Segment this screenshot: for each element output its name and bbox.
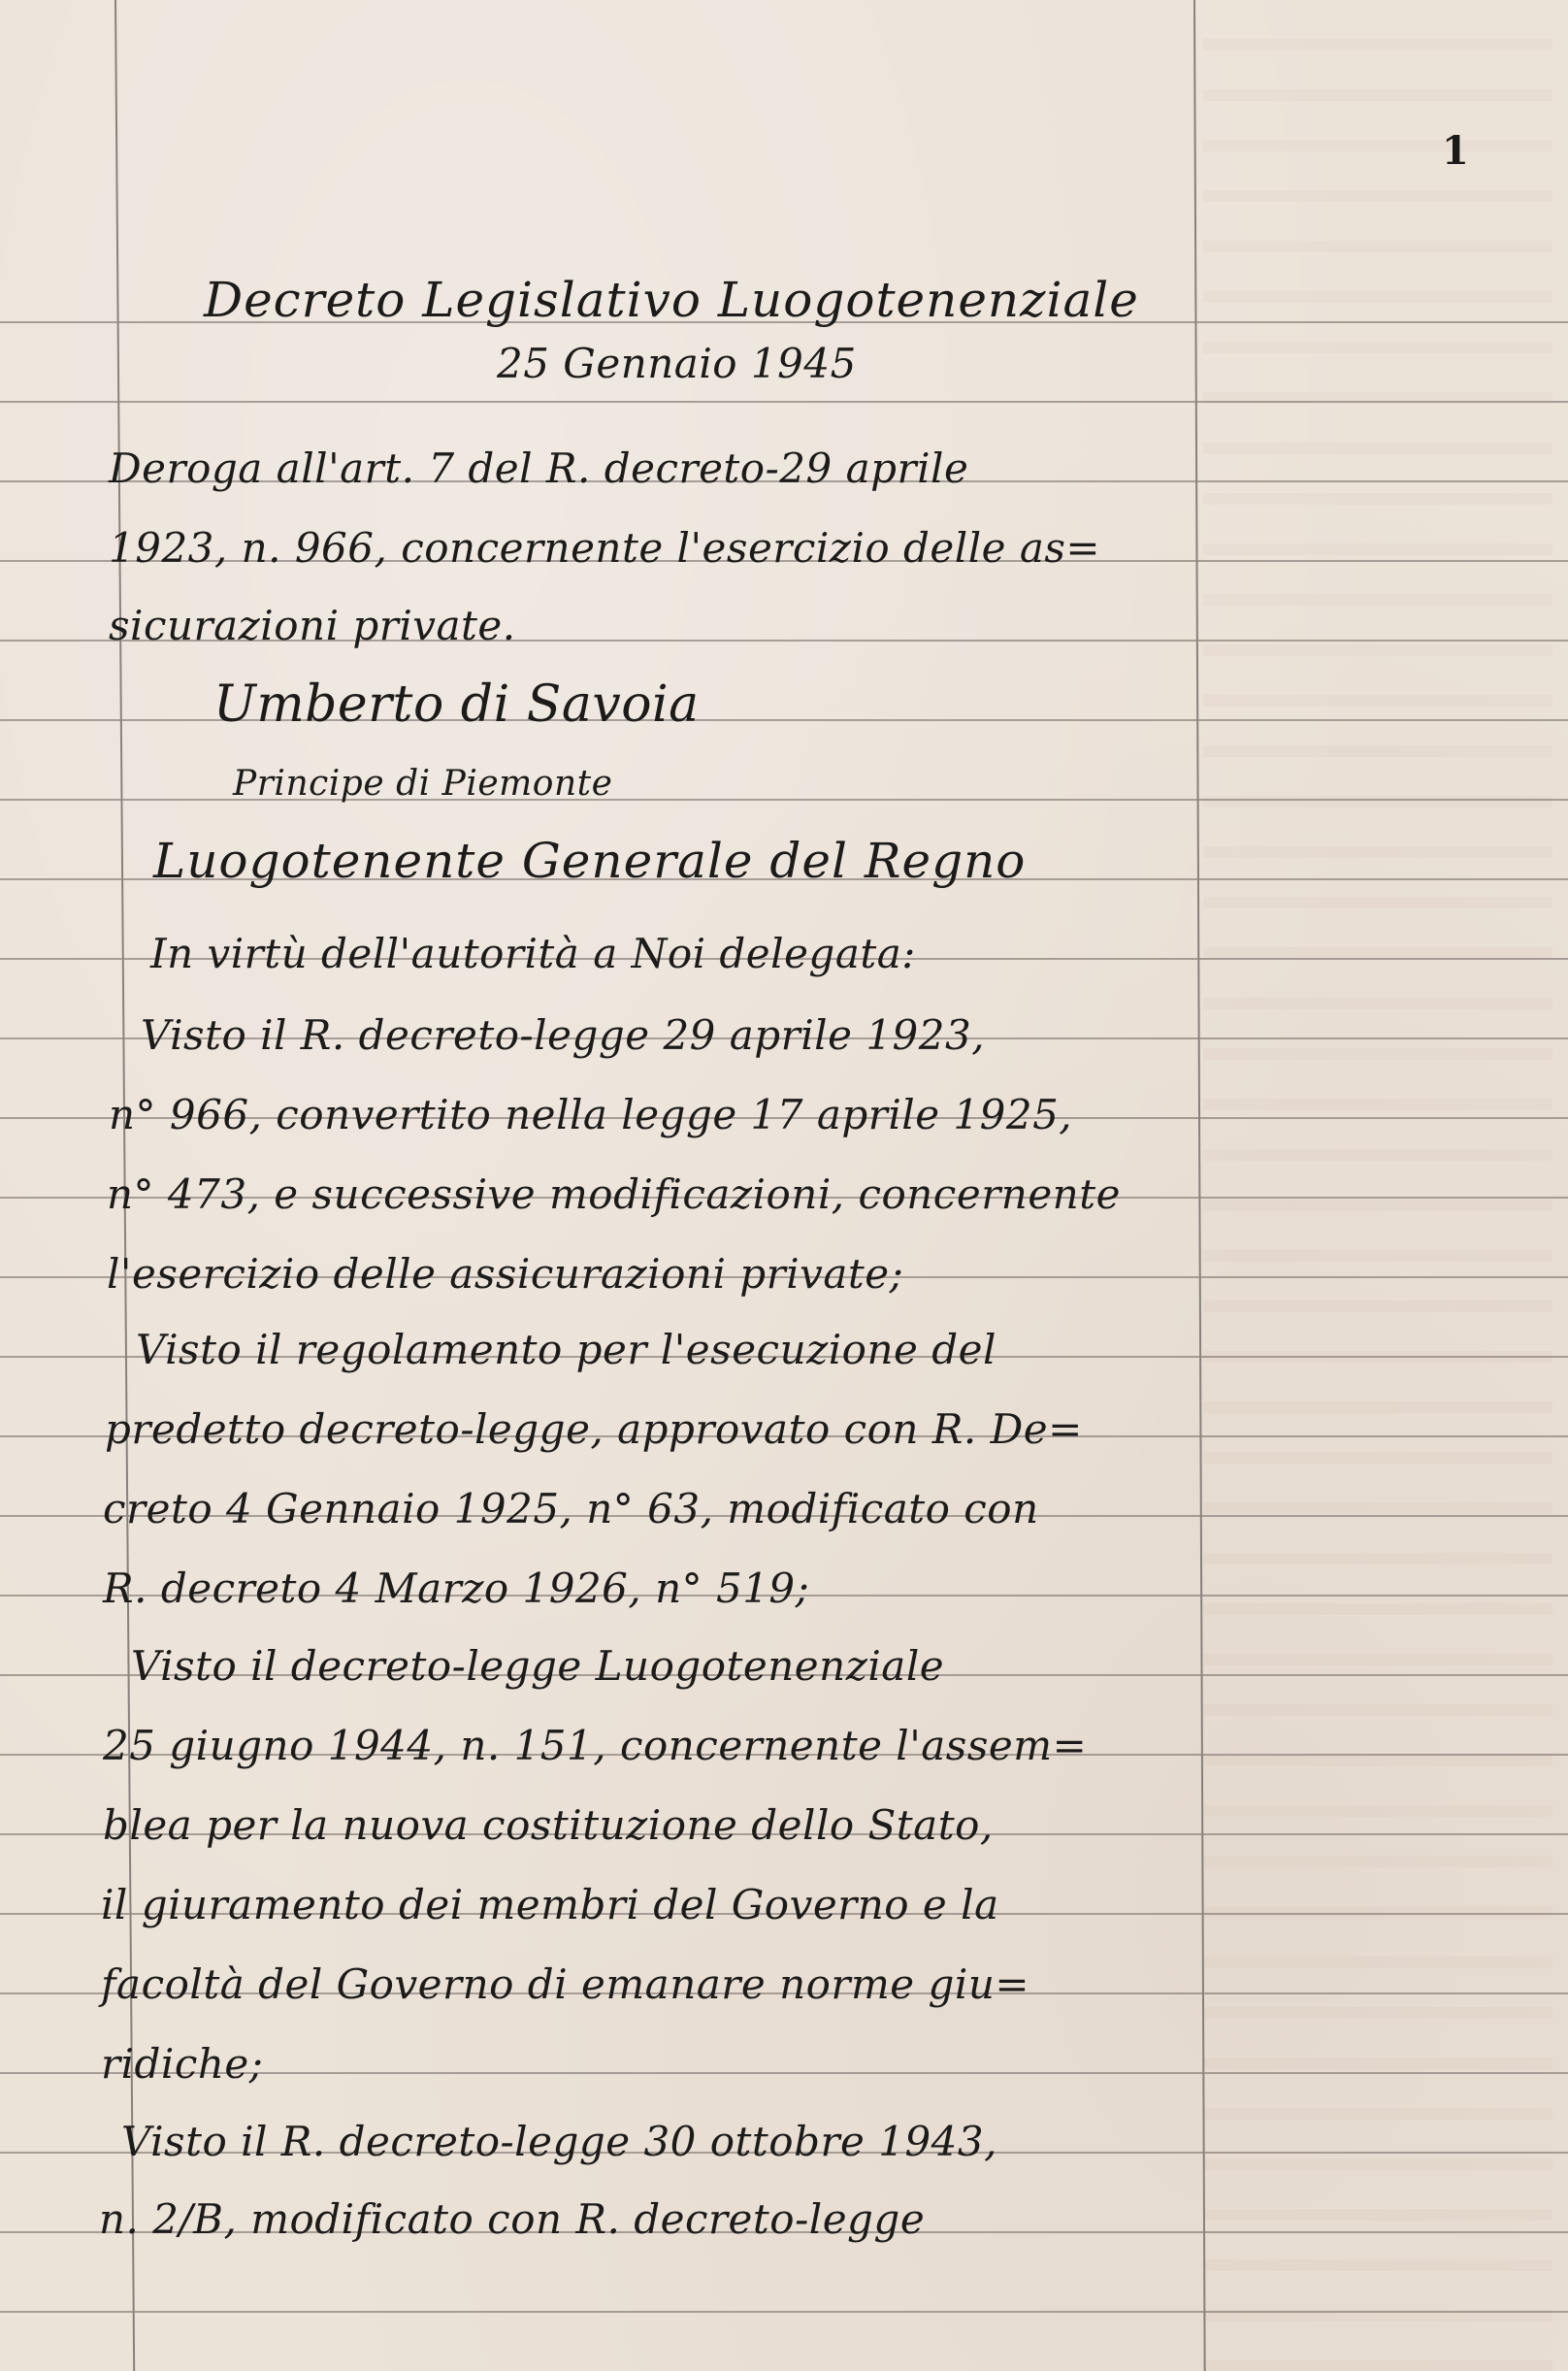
body-line: n° 966, convertito nella legge 17 aprile… [109,1095,1072,1136]
body-line: 25 giugno 1944, n. 151, concernente l'as… [103,1726,1087,1766]
document-date: 25 Gennaio 1945 [497,344,857,384]
body-line: predetto decreto-legge, approvato con R.… [105,1409,1083,1450]
subject-line: Deroga all'art. 7 del R. decreto-29 apri… [109,448,968,489]
bleed-through-texture [1203,0,1552,2371]
subject-line: sicurazioni private. [109,606,516,646]
body-line: Visto il R. decreto-legge 30 ottobre 194… [121,2122,997,2162]
right-margin-rule [1193,0,1206,2371]
document-title: Decreto Legislativo Luogotenenziale [204,276,1139,324]
ledger-page: 1 Decreto Legislativo Luogotenenziale 25… [0,0,1568,2371]
body-line: blea per la nuova costituzione dello Sta… [103,1805,994,1846]
ruled-line [0,2311,1568,2313]
body-line: Visto il decreto-legge Luogotenenziale [131,1646,944,1687]
issuer-title: Principe di Piemonte [233,767,612,802]
body-line: n° 473, e successive modificazioni, conc… [107,1174,1121,1215]
body-line: creto 4 Gennaio 1925, n° 63, modificato … [103,1489,1039,1530]
body-line: Visto il R. decreto-legge 29 aprile 1923… [141,1015,985,1056]
issuer-office: Luogotenente Generale del Regno [153,837,1026,885]
subject-line: 1923, n. 966, concernente l'esercizio de… [109,528,1100,569]
body-line: il giuramento dei membri del Governo e l… [101,1885,999,1926]
body-line: Visto il regolamento per l'esecuzione de… [136,1330,996,1370]
body-line: In virtù dell'autorità a Noi delegata: [150,934,916,974]
body-line: ridiche; [101,2044,263,2085]
issuer-name: Umberto di Savoia [213,679,700,730]
body-line: l'esercizio delle assicurazioni private; [107,1254,903,1295]
body-line: n. 2/B, modificato con R. decreto-legge [99,2199,925,2240]
ruled-line [0,401,1568,403]
body-line: R. decreto 4 Marzo 1926, n° 519; [103,1568,809,1609]
body-line: facoltà del Governo di emanare norme giu… [101,1964,1029,2005]
page-number: 1 [1442,132,1469,171]
